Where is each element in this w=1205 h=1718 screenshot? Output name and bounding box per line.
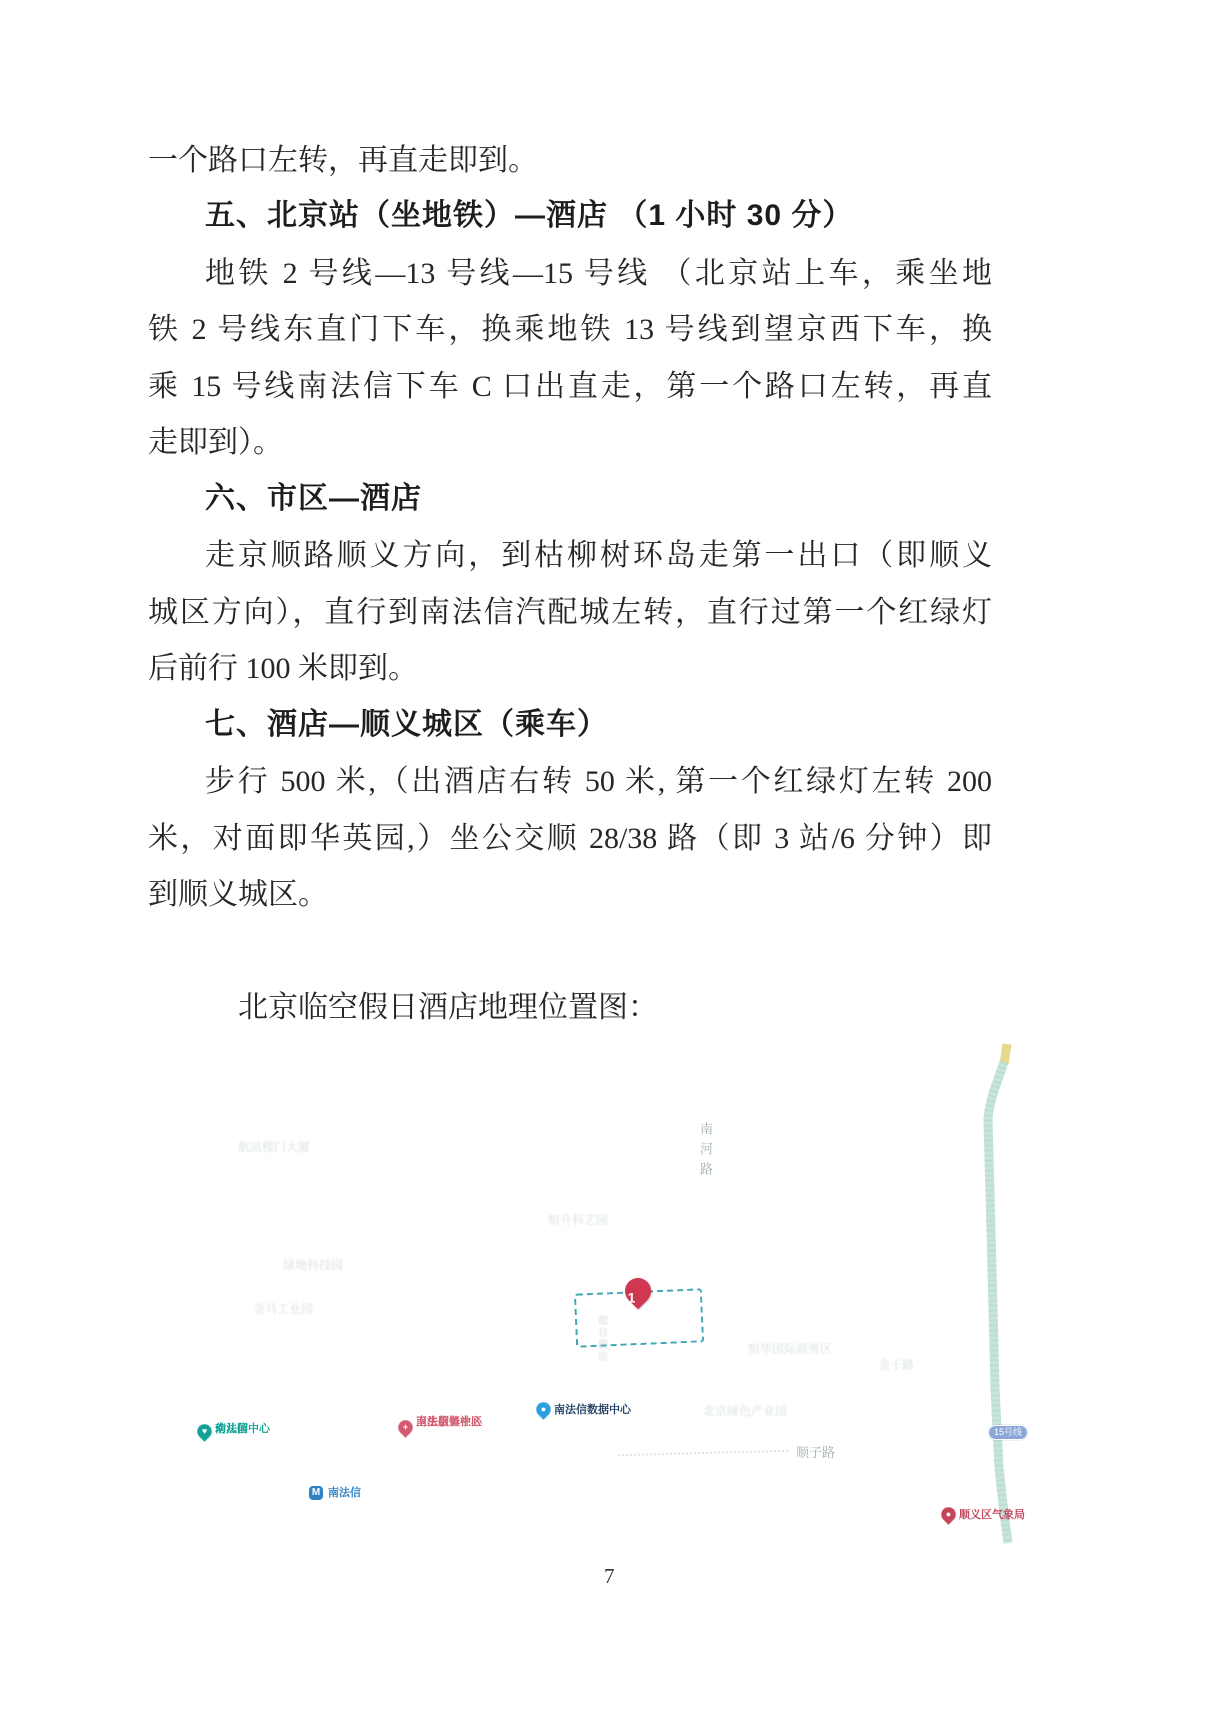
text-line: 后前行 100 米即到。 [148, 649, 992, 689]
text-line: 米，对面即华英园,）坐公交顺 28/38 路（即 3 站/6 分钟）即 [148, 819, 992, 859]
map-caption: 北京临空假日酒店地理位置图： [238, 988, 998, 1028]
section-heading: 五、北京站（坐地铁）—酒店 （1 小时 30 分） [205, 196, 992, 236]
kindergarten-pin-icon: ♥ [194, 1421, 215, 1442]
document-page: 一个路口左转，再直走即到。 五、北京站（坐地铁）—酒店 （1 小时 30 分） … [0, 0, 1205, 1718]
text-line: 走即到）。 [148, 423, 992, 463]
location-map: 航站楼门大厦 恒升科艺园 绿地科技园 金马工业园 恒华国际商务区 金干路 北京绿… [148, 1038, 1028, 1563]
poi-label-metro-station: 南法信 [328, 1487, 361, 1500]
text-line: 乘 15 号线南法信下车 C 口出直走，第一个路口左转，再直 [148, 367, 992, 407]
road-label-nanhelu: 南河路 [696, 1122, 715, 1182]
text-line: 铁 2 号线东直门下车，换乘地铁 13 号线到望京西下车，换 [148, 310, 992, 350]
data-center-pin-icon: ● [533, 1399, 554, 1420]
text-line: 一个路口左转，再直走即到。 [148, 141, 992, 181]
text-line: 到顺义城区。 [148, 875, 992, 915]
line-15-badge: 15号线 [988, 1425, 1028, 1440]
text-line: 步行 500 米,（出酒店右转 50 米, 第一个红绿灯左转 200 [205, 762, 992, 802]
poi-label-data-center: 南法信数据中心 [554, 1404, 631, 1417]
faint-map-label: 航站楼门大厦 [238, 1138, 310, 1155]
section-heading: 六、市区—酒店 [205, 479, 992, 519]
faint-map-label: 金干路 [878, 1356, 914, 1373]
text-line: 地铁 2 号线—13 号线—15 号线 （北京站上车，乘坐地 [205, 254, 992, 294]
text-line: 走京顺路顺义方向，到枯柳树环岛走第一出口（即顺义 [205, 536, 992, 576]
faint-map-label: 北京绿色产业园 [703, 1402, 787, 1419]
text-line: 城区方向），直行到南法信汽配城左转，直行过第一个红绿灯 [148, 593, 992, 633]
section-heading: 七、酒店—顺义城区（乘车） [205, 705, 992, 745]
faint-map-label: 绿地科技园 [283, 1256, 343, 1273]
road-label-shunzilu: 顺子路 [796, 1442, 835, 1461]
metro-station-icon: M [309, 1486, 323, 1500]
faint-map-label: 恒华国际商务区 [748, 1340, 832, 1357]
faint-map-label: 金马工业园 [253, 1300, 313, 1317]
page-number: 7 [604, 1564, 615, 1589]
poi-label-weather-bureau: 顺义区气象局 [959, 1509, 1025, 1522]
faint-map-label: 恒升科艺园 [548, 1211, 608, 1228]
weather-bureau-pin-icon: ● [938, 1504, 959, 1525]
clinic-pin-icon: + [395, 1417, 416, 1438]
